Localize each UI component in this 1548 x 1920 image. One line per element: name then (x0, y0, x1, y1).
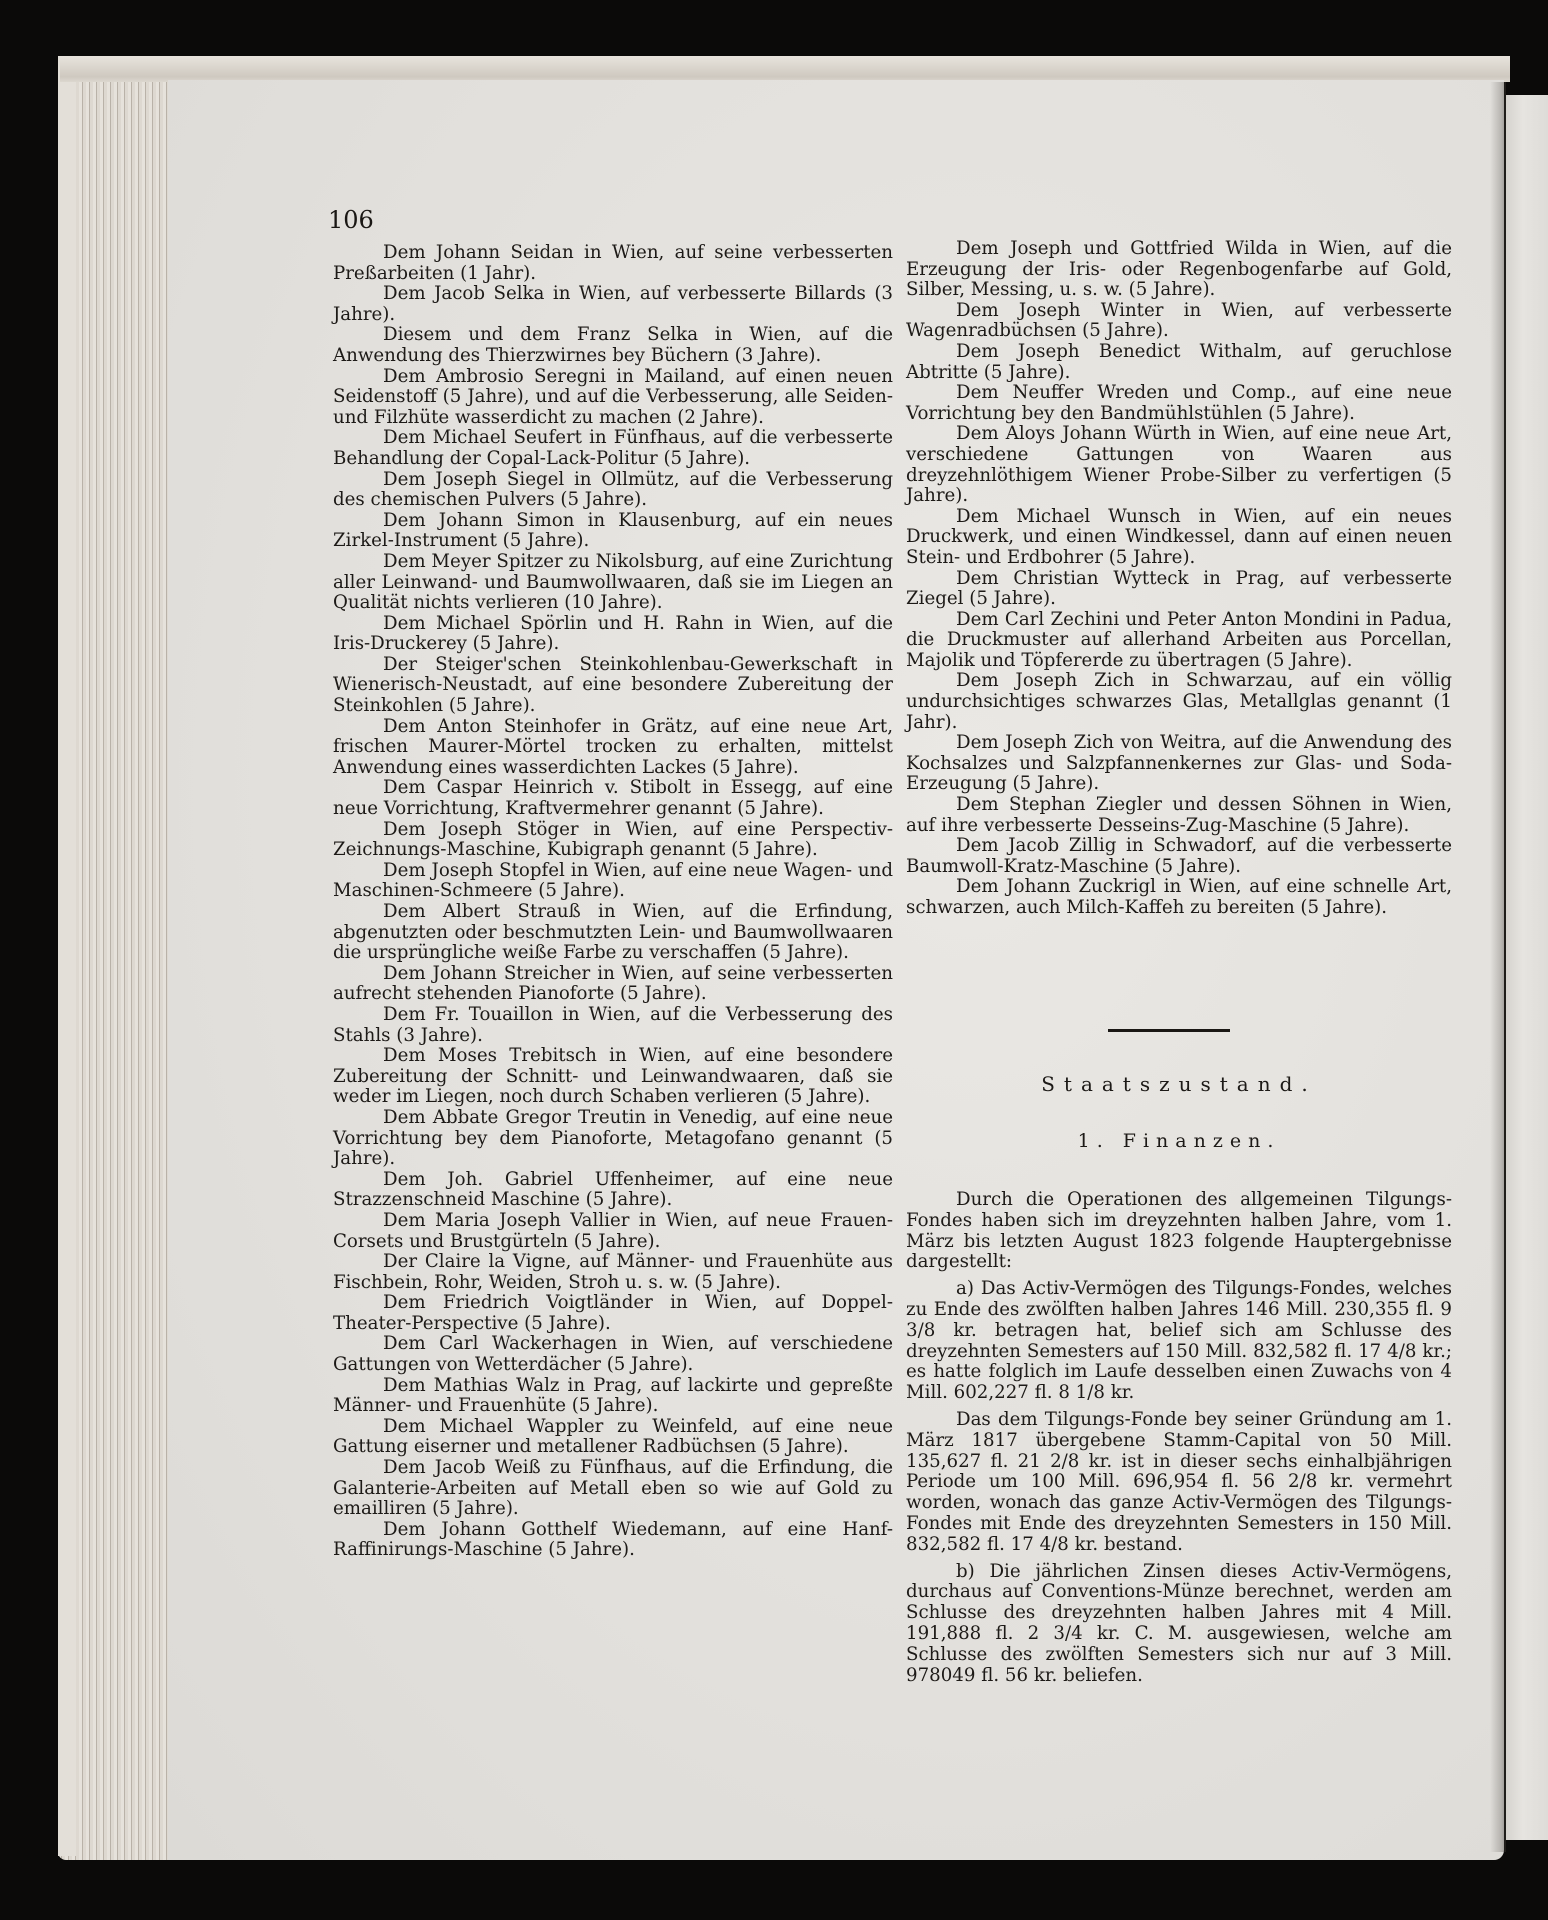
finance-body: Durch die Operationen des allgemeinen Ti… (906, 1190, 1452, 1692)
patent-entry: Dem Johann Zuckrigl in Wien, auf eine sc… (906, 877, 1452, 918)
section-divider-rule (1108, 1029, 1230, 1032)
patent-entry: Dem Joseph Stopfel in Wien, auf eine neu… (333, 861, 893, 902)
patent-entry: Dem Neuffer Wreden und Comp., auf eine n… (906, 383, 1452, 424)
paragraph: b) Die jährlichen Zinsen dieses Activ-Ve… (906, 1562, 1452, 1687)
patent-entry: Dem Caspar Heinrich v. Stibolt in Essegg… (333, 778, 893, 819)
patent-entry: Dem Johann Streicher in Wien, auf seine … (333, 964, 893, 1005)
patent-entry: Dem Moses Trebitsch in Wien, auf eine be… (333, 1046, 893, 1108)
subsection-title: 1. Finanzen. (906, 1130, 1452, 1152)
patent-entry: Der Steiger'schen Steinkohlenbau-Gewerks… (333, 655, 893, 717)
patent-entry: Dem Meyer Spitzer zu Nikolsburg, auf ein… (333, 552, 893, 614)
patent-entry: Dem Michael Wunsch in Wien, auf ein neue… (906, 507, 1452, 569)
patent-entry: Dem Stephan Ziegler und dessen Söhnen in… (906, 795, 1452, 836)
patent-entry: Dem Ambrosio Seregni in Mailand, auf ein… (333, 367, 893, 429)
paragraph: a) Das Activ-Vermögen des Tilgungs-Fonde… (906, 1279, 1452, 1404)
patent-entry: Dem Maria Joseph Vallier in Wien, auf ne… (333, 1211, 893, 1252)
patent-entry: Dem Joseph Benedict Withalm, auf geruchl… (906, 342, 1452, 383)
patent-entry: Dem Friedrich Voigtländer in Wien, auf D… (333, 1293, 893, 1334)
patent-entry: Dem Carl Zechini und Peter Anton Mondini… (906, 610, 1452, 672)
patent-entry: Der Claire la Vigne, auf Männer- und Fra… (333, 1252, 893, 1293)
paragraph: Das dem Tilgungs-Fonde bey seiner Gründu… (906, 1410, 1452, 1556)
patent-entry: Dem Johann Simon in Klausenburg, auf ein… (333, 511, 893, 552)
patent-entry: Dem Fr. Touaillon in Wien, auf die Verbe… (333, 1005, 893, 1046)
patent-entry: Dem Johann Gotthelf Wiedemann, auf eine … (333, 1520, 893, 1561)
patent-entry: Diesem und dem Franz Selka in Wien, auf … (333, 325, 893, 366)
right-column: Dem Joseph und Gottfried Wilda in Wien, … (906, 239, 1452, 919)
patent-entry: Dem Jacob Zillig in Schwadorf, auf die v… (906, 836, 1452, 877)
facing-page-edge (1506, 95, 1548, 1840)
book-cover-edge (58, 56, 76, 1856)
patent-entry: Dem Joseph Stöger in Wien, auf eine Pers… (333, 820, 893, 861)
section-title: Staatszustand. (906, 1072, 1452, 1096)
patent-entry: Dem Joseph und Gottfried Wilda in Wien, … (906, 239, 1452, 301)
left-column: Dem Johann Seidan in Wien, auf seine ver… (333, 243, 893, 1561)
patent-entry: Dem Joh. Gabriel Uffenheimer, auf eine n… (333, 1170, 893, 1211)
patent-entry: Dem Anton Steinhofer in Grätz, auf eine … (333, 717, 893, 779)
patent-entry: Dem Mathias Walz in Prag, auf lackirte u… (333, 1376, 893, 1417)
page-top-edge (60, 56, 1510, 82)
patent-entry: Dem Carl Wackerhagen in Wien, auf versch… (333, 1334, 893, 1375)
patent-entry: Dem Aloys Johann Würth in Wien, auf eine… (906, 424, 1452, 506)
page-number: 106 (328, 206, 374, 234)
patent-entry: Dem Joseph Siegel in Ollmütz, auf die Ve… (333, 470, 893, 511)
patent-entry: Dem Joseph Winter in Wien, auf verbesser… (906, 301, 1452, 342)
patent-entry: Dem Abbate Gregor Treutin in Venedig, au… (333, 1108, 893, 1170)
patent-entry: Dem Albert Strauß in Wien, auf die Erfin… (333, 902, 893, 964)
patent-entry: Dem Jacob Weiß zu Fünfhaus, auf die Erfi… (333, 1458, 893, 1520)
patent-entry: Dem Christian Wytteck in Prag, auf verbe… (906, 569, 1452, 610)
patent-entry: Dem Joseph Zich von Weitra, auf die Anwe… (906, 733, 1452, 795)
patent-entry: Dem Michael Seufert in Fünfhaus, auf die… (333, 428, 893, 469)
patent-entry: Dem Joseph Zich in Schwarzau, auf ein vö… (906, 671, 1452, 733)
gutter-shadow (1490, 82, 1506, 1852)
patent-entry: Dem Johann Seidan in Wien, auf seine ver… (333, 243, 893, 284)
patent-entry: Dem Jacob Selka in Wien, auf verbesserte… (333, 284, 893, 325)
patent-entry: Dem Michael Wappler zu Weinfeld, auf ein… (333, 1417, 893, 1458)
patent-entry: Dem Michael Spörlin und H. Rahn in Wien,… (333, 614, 893, 655)
paragraph: Durch die Operationen des allgemeinen Ti… (906, 1190, 1452, 1273)
